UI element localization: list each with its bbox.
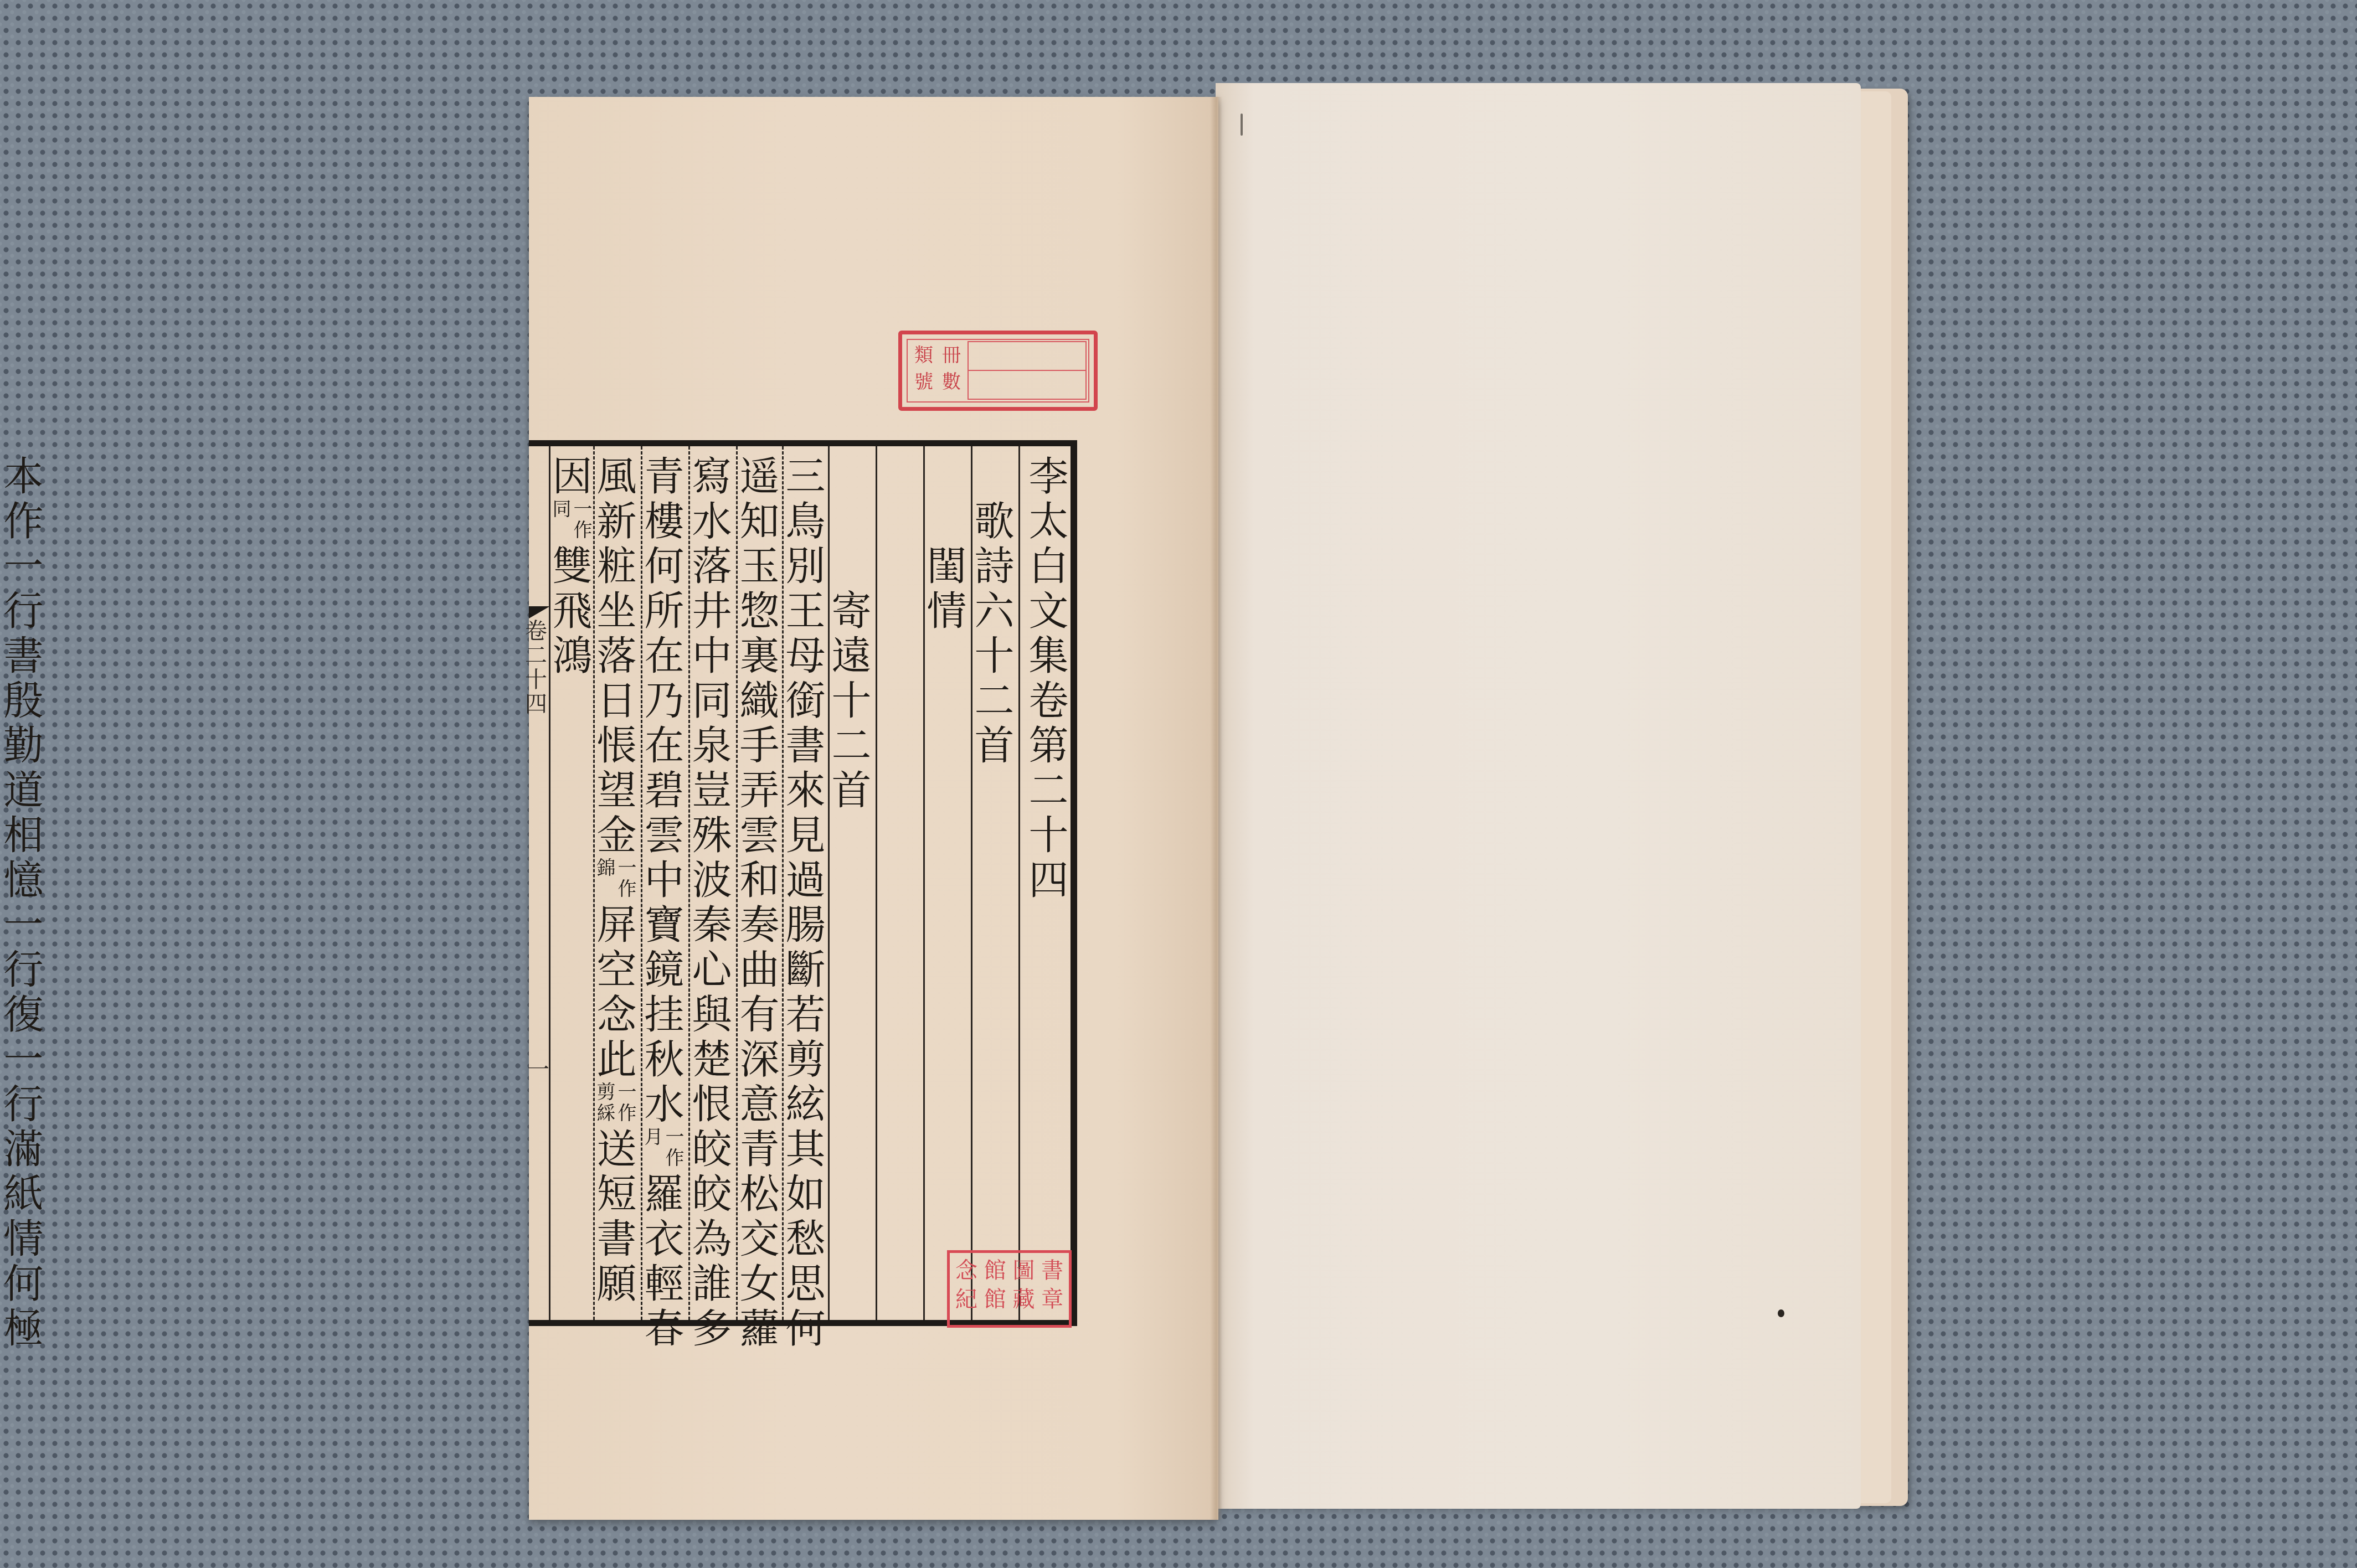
glyph: 秦: [692, 902, 732, 947]
glyph: 中: [644, 858, 684, 902]
glyph: 碧: [644, 768, 684, 813]
glyph: 有: [739, 992, 779, 1037]
glyph: 寶: [644, 902, 684, 947]
glyph: 波: [692, 858, 732, 902]
glyph: 寫: [692, 454, 732, 499]
text-col-6: 因一作同雙飛鴻: [549, 454, 596, 678]
glyph: 剪: [785, 1037, 825, 1082]
glyph: 二: [831, 723, 871, 768]
glyph: 書: [3, 633, 43, 678]
seal-glyph-column: 圖藏: [1012, 1256, 1035, 1322]
glyph: 鴻: [552, 633, 592, 678]
glyph: 飛: [552, 589, 592, 633]
text-col-3: 寫水落井中同泉豈殊波秦心與楚恨皎皎為誰多: [688, 454, 735, 1351]
glyph: 與: [692, 992, 732, 1037]
glyph: 井: [692, 589, 732, 633]
glyph: 三: [785, 454, 825, 499]
glyph: 何: [3, 1261, 43, 1306]
glyph: 遠: [831, 633, 871, 678]
glyph: 坐: [596, 589, 636, 633]
glyph: 松: [739, 1172, 779, 1216]
column-rule: [876, 446, 877, 1320]
glyph: 情: [927, 589, 966, 633]
glyph: 手: [739, 723, 779, 768]
glyph: 楚: [692, 1037, 732, 1082]
glyph: 文: [1028, 589, 1068, 633]
interlinear-variant-note: 一作錦: [597, 858, 637, 902]
glyph: 道: [3, 768, 43, 813]
glyph: 粧: [596, 544, 636, 589]
glyph: 太: [1028, 499, 1068, 544]
glyph: 勤: [3, 723, 43, 768]
glyph: 本: [3, 454, 43, 499]
glyph: 寄: [831, 589, 871, 633]
glyph: 白: [1028, 544, 1068, 589]
glyph: 空: [596, 947, 636, 992]
glyph: 其: [785, 1127, 825, 1172]
glyph: 在: [644, 723, 684, 768]
glyph: 過: [785, 858, 825, 902]
glyph: 意: [739, 1082, 779, 1127]
glyph: 別: [785, 544, 825, 589]
glyph: 風: [596, 454, 636, 499]
glyph: 斷: [785, 947, 825, 992]
glyph: 滿: [3, 1127, 43, 1172]
glyph: 銜: [785, 678, 825, 723]
glyph: 水: [644, 1082, 684, 1127]
glyph: 何: [785, 1306, 825, 1351]
glyph: 一: [3, 544, 43, 589]
glyph: 憶: [3, 858, 43, 902]
glyph: 皎: [692, 1127, 732, 1172]
glyph: 深: [739, 1037, 779, 1082]
right-page-blank: [1216, 83, 1861, 1509]
glyph: 青: [739, 1127, 779, 1172]
glyph: 多: [692, 1306, 732, 1351]
glyph: 織: [739, 678, 779, 723]
glyph: 皎: [692, 1172, 732, 1216]
glyph: 豈: [692, 768, 732, 813]
glyph: 若: [785, 992, 825, 1037]
text-col-title: 李太白文集卷第二十四: [1025, 454, 1072, 902]
glyph: 雙: [552, 544, 592, 589]
glyph: 雲: [739, 813, 779, 858]
seal-glyph-column: 館館: [984, 1256, 1006, 1322]
glyph: 弄: [739, 768, 779, 813]
glyph: 行: [3, 589, 43, 633]
glyph: 首: [974, 723, 1014, 768]
glyph: 歌: [974, 499, 1014, 544]
glyph: 第: [1028, 723, 1068, 768]
glyph: 衣: [644, 1216, 684, 1261]
glyph: 蘿: [739, 1306, 779, 1351]
glyph: 絃: [785, 1082, 825, 1127]
seal-glyph-column: 書章: [1041, 1256, 1063, 1322]
text-col-7: 本作一行書殷勤道相憶一行復一行滿紙情何極: [0, 454, 47, 1351]
glyph: 女: [739, 1261, 779, 1306]
glyph: 羅: [644, 1172, 684, 1216]
glyph: 為: [692, 1216, 732, 1261]
glyph: 曲: [739, 947, 779, 992]
glyph: 春: [644, 1306, 684, 1351]
glyph: 復: [3, 992, 43, 1037]
text-col-5: 風新粧坐落日悵望金一作錦屏空念此一作剪綵送短書願: [593, 454, 640, 1306]
text-col-4: 青樓何所在乃在碧雲中寶鏡挂秋水一作月羅衣輕春: [641, 454, 688, 1351]
glyph: 願: [596, 1261, 636, 1306]
glyph: 一: [3, 902, 43, 947]
glyph: 泉: [692, 723, 732, 768]
catalog-seal: 冊數 類號: [898, 331, 1098, 411]
glyph: 恨: [692, 1082, 732, 1127]
glyph: 四: [1028, 858, 1068, 902]
glyph: 殷: [3, 678, 43, 723]
glyph: 望: [596, 768, 636, 813]
glyph: 金: [596, 813, 636, 858]
glyph: 情: [3, 1216, 43, 1261]
glyph: 何: [644, 544, 684, 589]
glyph: 十: [1028, 813, 1068, 858]
text-col-2: 遥知玉惣裏織手弄雲和奏曲有深意青松交女蘿: [736, 454, 783, 1351]
glyph: 輕: [644, 1261, 684, 1306]
glyph: 裏: [739, 633, 779, 678]
glyph: 行: [3, 947, 43, 992]
glyph: 卷: [1028, 678, 1068, 723]
glyph: 惣: [739, 589, 779, 633]
glyph: 心: [692, 947, 732, 992]
glyph: 遥: [739, 454, 779, 499]
glyph: 此: [596, 1037, 636, 1082]
interlinear-variant-note: 一作同: [553, 499, 593, 544]
glyph: 短: [596, 1172, 636, 1216]
glyph: 行: [3, 1082, 43, 1127]
glyph: 六: [974, 589, 1014, 633]
glyph: 來: [785, 768, 825, 813]
glyph: 挂: [644, 992, 684, 1037]
glyph: 雲: [644, 813, 684, 858]
glyph: 作: [3, 499, 43, 544]
glyph: 殊: [692, 813, 732, 858]
glyph: 水: [692, 499, 732, 544]
glyph: 王: [785, 589, 825, 633]
glyph: 同: [692, 678, 732, 723]
glyph: 誰: [692, 1261, 732, 1306]
glyph: 詩: [974, 544, 1014, 589]
glyph: 日: [596, 678, 636, 723]
fore-edge-page-number: 一: [527, 1052, 549, 1084]
text-col-category: 閨情: [923, 544, 970, 633]
glyph: 乃: [644, 678, 684, 723]
glyph: 二: [1028, 768, 1068, 813]
glyph: 極: [3, 1306, 43, 1351]
glyph: 奏: [739, 902, 779, 947]
glyph: 因: [552, 454, 592, 499]
glyph: 知: [739, 499, 779, 544]
glyph: 如: [785, 1172, 825, 1216]
glyph: 鳥: [785, 499, 825, 544]
glyph: 青: [644, 454, 684, 499]
glyph: 在: [644, 633, 684, 678]
glyph: 秋: [644, 1037, 684, 1082]
interlinear-variant-note: 一作月: [645, 1127, 685, 1172]
seal-label-classification: 類號: [914, 342, 933, 400]
glyph: 書: [785, 723, 825, 768]
glyph: 和: [739, 858, 779, 902]
glyph: 紙: [3, 1172, 43, 1216]
glyph: 念: [596, 992, 636, 1037]
text-col-section: 歌詩六十二首: [971, 499, 1018, 768]
glyph: 交: [739, 1216, 779, 1261]
glyph: 落: [692, 544, 732, 589]
glyph: 新: [596, 499, 636, 544]
seal-glyph-column: 念紀: [955, 1256, 977, 1322]
text-col-poem-title: 寄遠十二首: [828, 589, 875, 813]
glyph: 一: [3, 1037, 43, 1082]
glyph: 腸: [785, 902, 825, 947]
glyph: 屏: [596, 902, 636, 947]
glyph: 所: [644, 589, 684, 633]
glyph: 相: [3, 813, 43, 858]
text-col-1: 三鳥別王母銜書來見過腸斷若剪絃其如愁思何: [782, 454, 829, 1351]
glyph: 中: [692, 633, 732, 678]
paper-speck: [1778, 1309, 1784, 1317]
glyph: 書: [596, 1216, 636, 1261]
glyph: 十: [974, 633, 1014, 678]
fore-edge-volume-mark: 卷二十四: [525, 619, 547, 716]
book-gutter: [1210, 97, 1222, 1520]
glyph: 閨: [927, 544, 966, 589]
glyph: 見: [785, 813, 825, 858]
glyph: 玉: [739, 544, 779, 589]
glyph: 鏡: [644, 947, 684, 992]
interlinear-variant-note: 一作剪綵: [597, 1082, 637, 1127]
glyph: 思: [785, 1261, 825, 1306]
glyph: 送: [596, 1127, 636, 1172]
paper-mark: [1241, 114, 1243, 136]
fishtail-mark-icon: [529, 606, 550, 618]
library-collection-seal: 書章 圖藏 館館 念紀: [947, 1250, 1072, 1328]
glyph: 落: [596, 633, 636, 678]
glyph: 二: [974, 678, 1014, 723]
seal-label-volumes: 冊數: [942, 342, 961, 400]
glyph: 十: [831, 678, 871, 723]
glyph: 樓: [644, 499, 684, 544]
glyph: 悵: [596, 723, 636, 768]
seal-field-classification: [967, 370, 1087, 400]
seal-field-volumes: [967, 341, 1087, 371]
glyph: 愁: [785, 1216, 825, 1261]
column-rule: [1018, 446, 1020, 1320]
glyph: 李: [1028, 454, 1068, 499]
glyph: 母: [785, 633, 825, 678]
glyph: 首: [831, 768, 871, 813]
glyph: 集: [1028, 633, 1068, 678]
